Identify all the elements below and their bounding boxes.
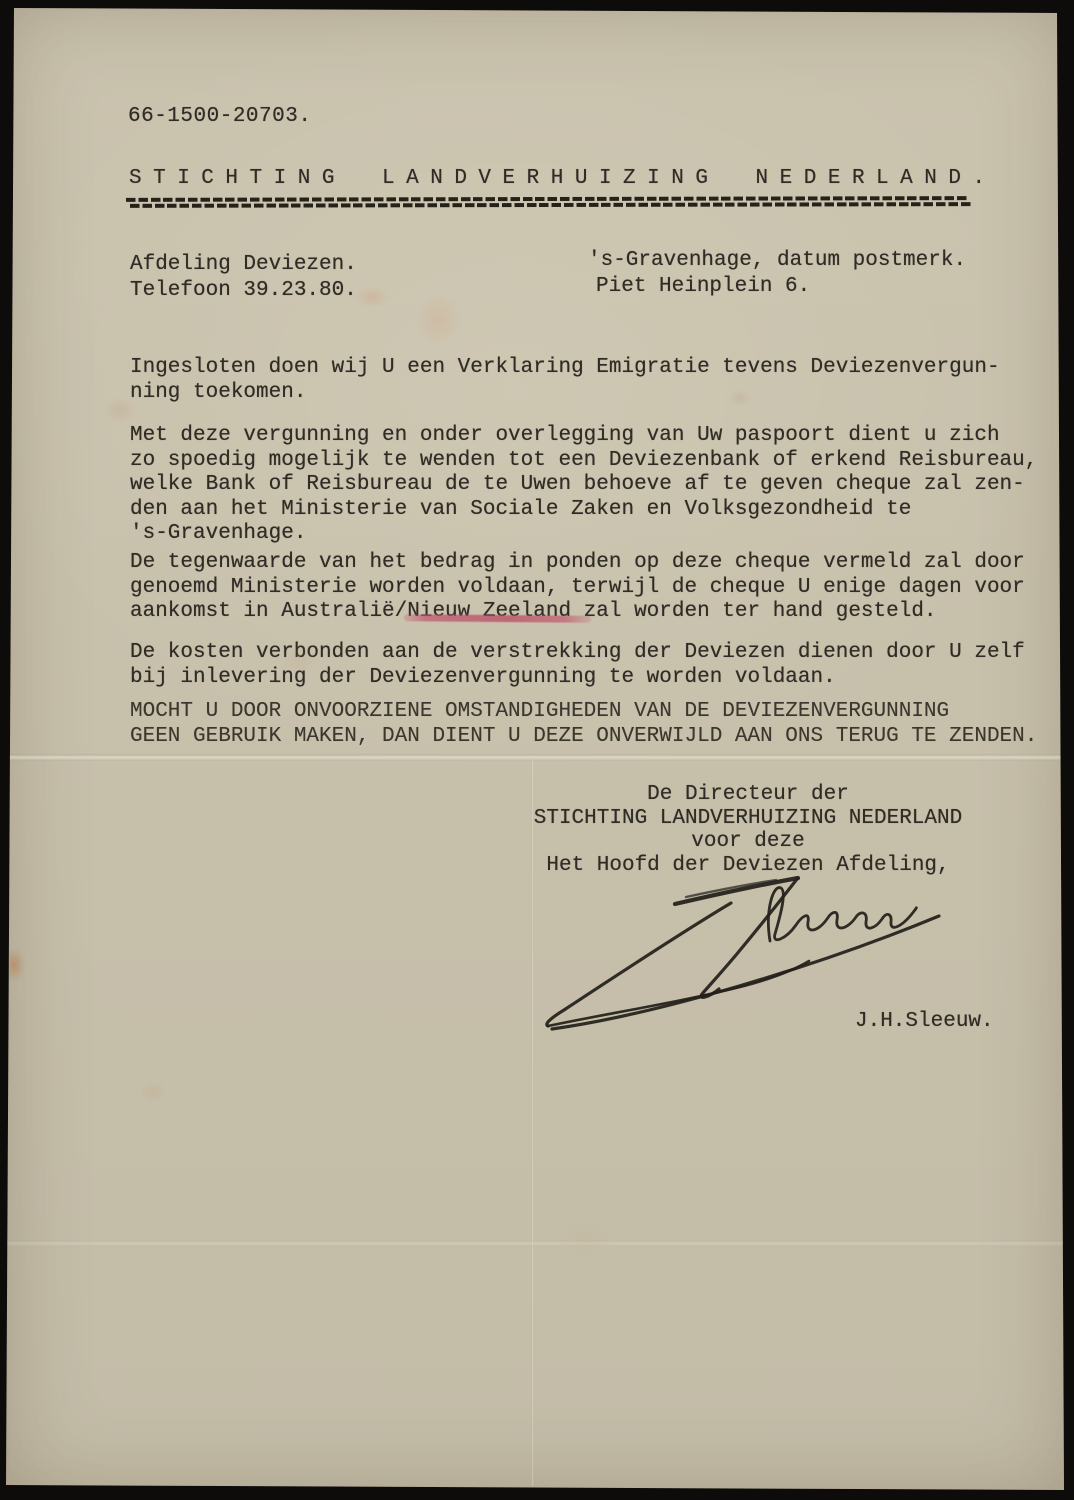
paragraph-2: Met deze vergunning en onder overlegging…: [130, 424, 1037, 547]
paragraph-4: De kosten verbonden aan de verstrekking …: [130, 641, 1025, 690]
horizontal-fold-crease: [0, 754, 1074, 761]
city-date-line: 's-Gravenhage, datum postmerk.: [588, 249, 966, 274]
paragraph-1: Ingesloten doen wij U een Verklaring Emi…: [130, 356, 1000, 405]
horizontal-fold-crease-lower: [0, 1240, 1074, 1247]
letter-paper: 66-1500-20703. STICHTING LANDVERHUIZING …: [0, 0, 1074, 1500]
closing-line-1: De Directeur der: [528, 783, 968, 807]
letterhead-title: STICHTING LANDVERHUIZING NEDERLAND.: [129, 167, 997, 190]
closing-line-3: voor deze: [528, 830, 968, 854]
street-address-line: Piet Heinplein 6.: [596, 275, 810, 300]
department-line: Afdeling Deviezen.: [130, 253, 357, 278]
closing-line-2: STICHTING LANDVERHUIZING NEDERLAND: [528, 807, 968, 831]
paragraph-5: MOCHT U DOOR ONVOORZIENE OMSTANDIGHEDEN …: [130, 700, 1037, 749]
reference-number: 66-1500-20703.: [128, 105, 311, 128]
typed-signature-name: J.H.Sleeuw.: [855, 1010, 994, 1035]
title-underline: [126, 196, 969, 211]
scanned-letter-page: { "document": { "reference_number": "66-…: [0, 0, 1074, 1500]
telephone-line: Telefoon 39.23.80.: [130, 279, 357, 304]
paragraph-3: De tegenwaarde van het bedrag in ponden …: [130, 551, 1025, 625]
